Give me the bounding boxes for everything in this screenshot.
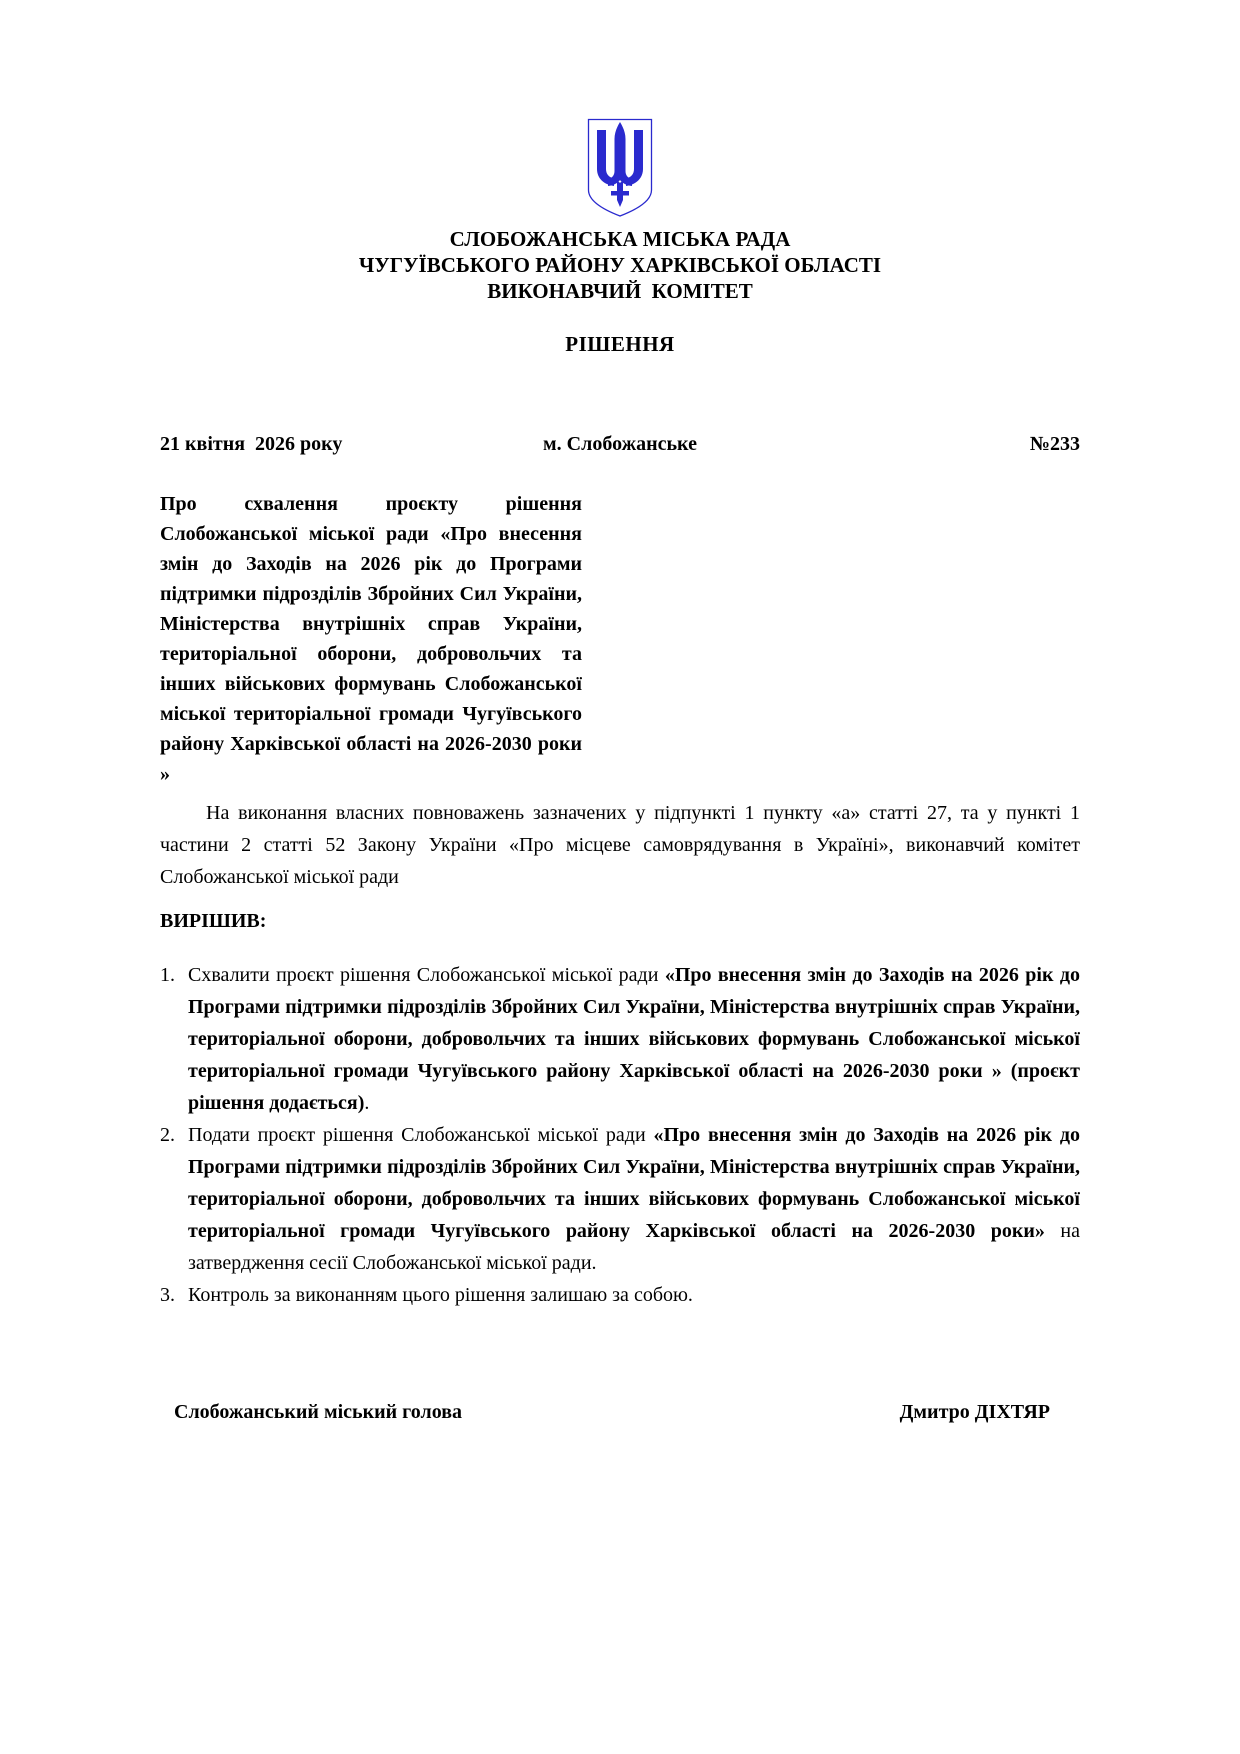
signature-row: Слобожанський міський голова Дмитро ДІХТ… xyxy=(160,1401,1080,1424)
document-number: №233 xyxy=(1030,431,1080,457)
list-item-3: 3.Контроль за виконанням цього рішення з… xyxy=(160,1279,1080,1311)
list-item-1-tail: . xyxy=(364,1092,369,1114)
document-page: СЛОБОЖАНСЬКА МІСЬКА РАДА ЧУГУЇВСЬКОГО РА… xyxy=(0,0,1240,1754)
list-item-2: 2.Подати проєкт рішення Слобожанської мі… xyxy=(160,1119,1080,1279)
list-item-3-lead: Контроль за виконанням цього рішення зал… xyxy=(188,1284,693,1306)
list-item-1-number: 1. xyxy=(160,959,175,991)
document-meta-row: 21 квітня 2026 року м. Слобожанське №233 xyxy=(160,431,1080,457)
list-item-2-lead: Подати проєкт рішення Слобожанської місь… xyxy=(188,1124,653,1146)
ukraine-tryzub-emblem-icon xyxy=(587,118,653,218)
document-date: 21 квітня 2026 року xyxy=(160,431,342,457)
document-place: м. Слобожанське xyxy=(543,431,697,457)
signature-role: Слобожанський міський голова xyxy=(174,1401,462,1424)
org-name-line3: ВИКОНАВЧИЙ КОМІТЕТ xyxy=(160,278,1080,304)
list-item-1-bold: «Про внесення змін до Заходів на 2026 рі… xyxy=(188,964,1080,1114)
list-item-1: 1.Схвалити проєкт рішення Слобожанської … xyxy=(160,959,1080,1119)
org-name-line2: ЧУГУЇВСЬКОГО РАЙОНУ ХАРКІВСЬКОЇ ОБЛАСТІ xyxy=(160,252,1080,278)
list-item-2-number: 2. xyxy=(160,1119,175,1151)
list-item-3-number: 3. xyxy=(160,1279,175,1311)
document-type-title: РІШЕННЯ xyxy=(160,332,1080,357)
list-item-1-lead: Схвалити проєкт рішення Слобожанської мі… xyxy=(188,964,665,986)
signature-name: Дмитро ДІХТЯР xyxy=(900,1401,1050,1424)
document-header: СЛОБОЖАНСЬКА МІСЬКА РАДА ЧУГУЇВСЬКОГО РА… xyxy=(160,118,1080,357)
intro-paragraph: На виконання власних повноважень зазначе… xyxy=(160,797,1080,893)
org-name-line1: СЛОБОЖАНСЬКА МІСЬКА РАДА xyxy=(160,226,1080,252)
subject-paragraph: Про схвалення проєкту рішення Слобожансь… xyxy=(160,489,582,789)
resolved-heading: ВИРІШИВ: xyxy=(160,905,1080,937)
decision-list: 1.Схвалити проєкт рішення Слобожанської … xyxy=(160,959,1080,1311)
